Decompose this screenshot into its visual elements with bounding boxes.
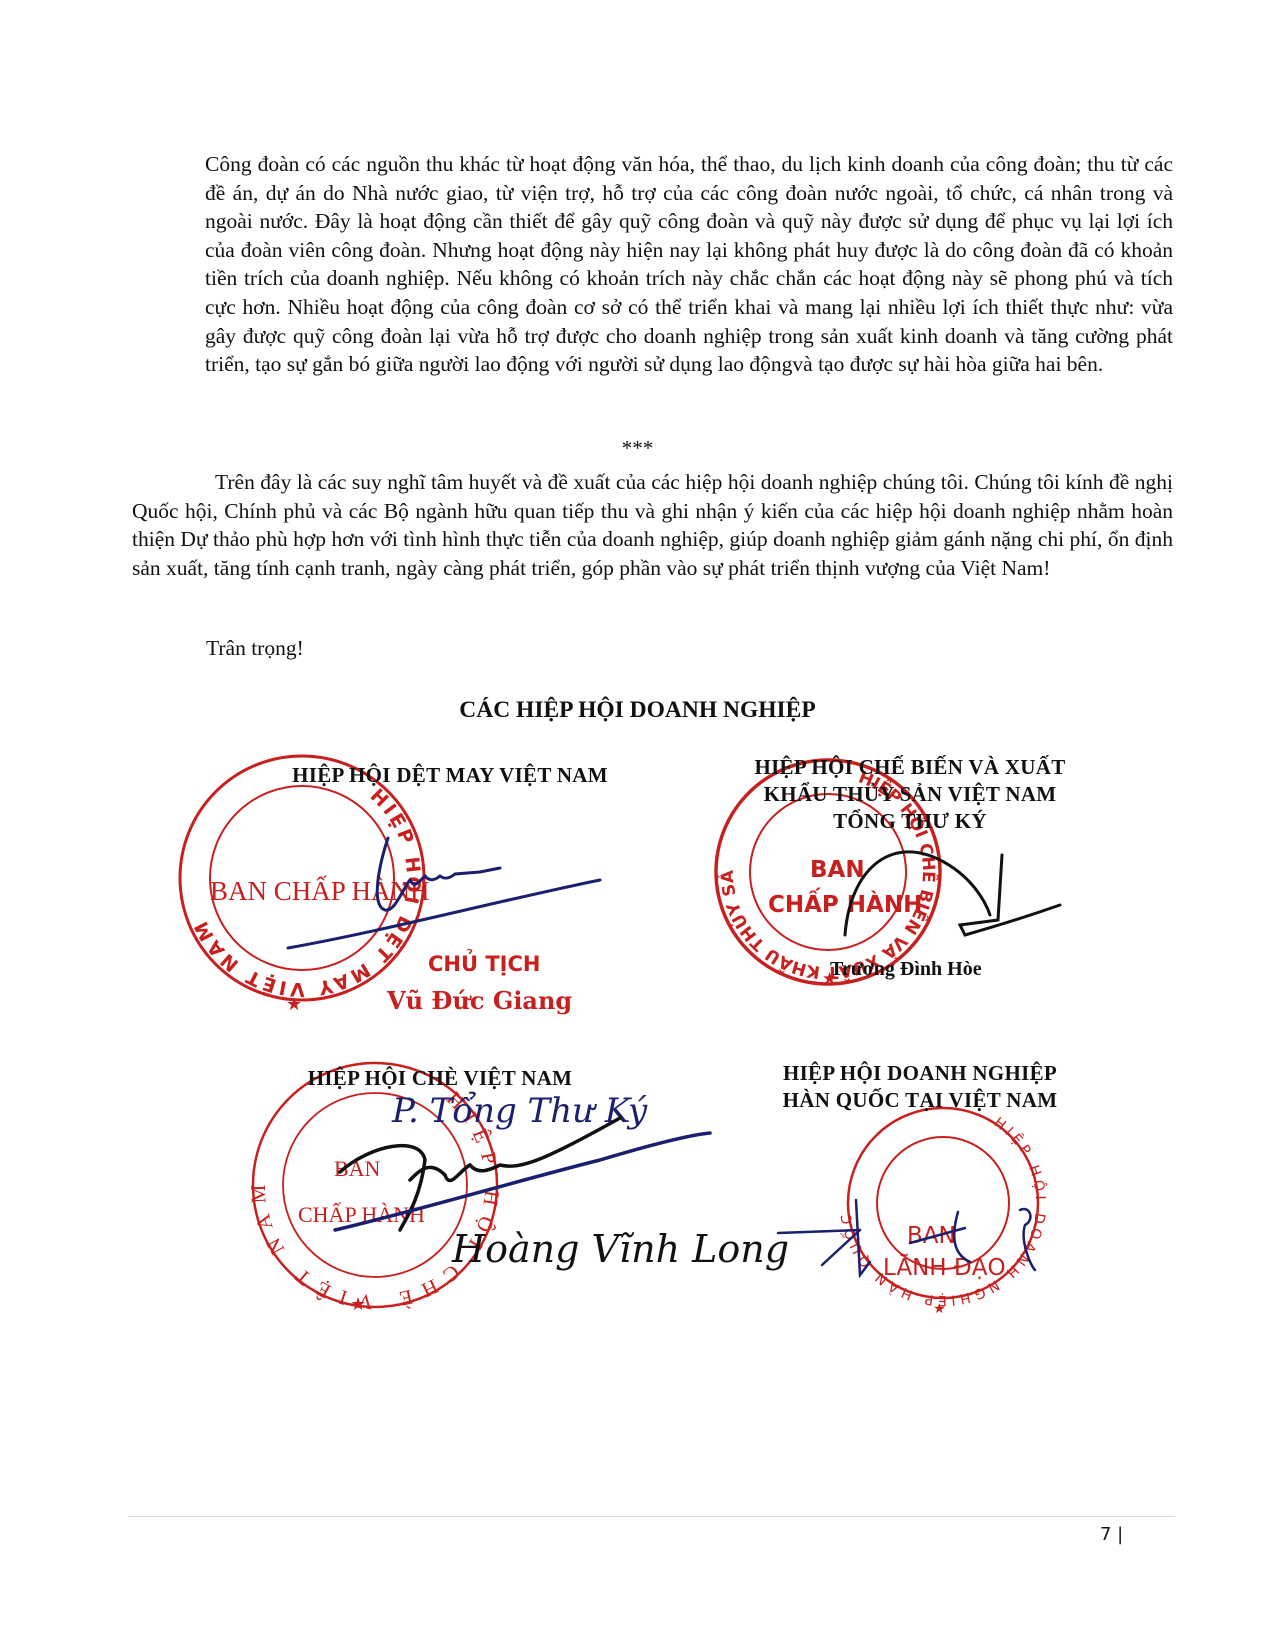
- stamp-tea-association: [253, 1063, 497, 1307]
- paragraph-conclusion: Trên đây là các suy nghĩ tâm huyết và đề…: [132, 468, 1173, 582]
- paragraph-other-revenue: Công đoàn có các nguồn thu khác từ hoạt …: [205, 150, 1173, 379]
- svg-text:HIỆP HỘI DỆT MAY VIỆT: HIỆP HỘI DỆT MAY VIỆT NAM: [189, 785, 426, 1001]
- signer-name-seafood: Trương Đình Hòe: [830, 958, 982, 981]
- star-icon: ★: [350, 1294, 366, 1314]
- stamp-ring-text: HIỆP HỘI CHÈ VIỆT NAM: [246, 1087, 505, 1315]
- signer-title-textile: CHỦ TỊCH: [428, 952, 540, 976]
- stamp-korean-business-association: [848, 1108, 1038, 1298]
- association-textile: HIỆP HỘI DỆT MAY VIỆT NAM: [240, 762, 660, 789]
- star-icon: ★: [933, 1301, 946, 1317]
- page-number: 7 |: [1100, 1524, 1123, 1545]
- footer-divider: [128, 1516, 1175, 1517]
- stamp-center-text: CHẤP HÀNH: [768, 887, 922, 918]
- section-separator: ***: [0, 436, 1275, 461]
- association-seafood: HIỆP HỘI CHẾ BIẾN VÀ XUẤT KHẨU THỦY SẢN …: [700, 754, 1120, 835]
- association-korean-line2: HÀN QUỐC TẠI VIỆT NAM: [730, 1087, 1110, 1114]
- stamp-ring-text: HIỆP HỘI DỆT MAY VIỆT NAM: [189, 785, 426, 1001]
- signer-title-seafood: TỔNG THƯ KÝ: [700, 808, 1120, 835]
- association-seafood-line1: HIỆP HỘI CHẾ BIẾN VÀ XUẤT: [700, 754, 1120, 781]
- stamp-center-text: BAN: [334, 1156, 381, 1181]
- signature-seafood: [845, 852, 1060, 935]
- stamp-center-text: BAN: [907, 1223, 956, 1249]
- stamp-textile-association: [180, 756, 424, 1000]
- closing-salutation: Trân trọng!: [206, 636, 304, 661]
- signatories-heading: CÁC HIỆP HỘI DOANH NGHIỆP: [0, 697, 1275, 724]
- association-seafood-line2: KHẨU THỦY SẢN VIỆT NAM: [700, 781, 1120, 808]
- signature-korean: [778, 1200, 1035, 1275]
- signer-name-textile: Vũ Đức Giang: [387, 986, 572, 1015]
- star-icon: ★: [286, 994, 302, 1015]
- handwritten-title: P. Tổng Thư Ký: [391, 1091, 648, 1131]
- stamp-center-text: LÃNH ĐẠO: [883, 1253, 1006, 1281]
- signature-tea: P. Tổng Thư Ký Hoàng Vĩnh Long: [391, 1091, 789, 1271]
- association-tea: HIỆP HỘI CHÈ VIỆT NAM: [240, 1065, 640, 1092]
- svg-text:HIỆP HỘI CHÈ VIỆT NAM: HIỆP HỘI CHÈ VIỆT NAM: [246, 1087, 505, 1315]
- stamp-center-text: BAN CHẤP HÀNH: [210, 875, 430, 906]
- association-korean: HIỆP HỘI DOANH NGHIỆP HÀN QUỐC TẠI VIỆT …: [730, 1060, 1110, 1114]
- handwritten-name: Hoàng Vĩnh Long: [451, 1227, 789, 1271]
- signature-textile: [288, 838, 600, 948]
- association-korean-line1: HIỆP HỘI DOANH NGHIỆP: [730, 1060, 1110, 1087]
- stamp-center-text: CHẤP HÀNH: [298, 1202, 425, 1227]
- stamp-center-text: BAN: [810, 857, 865, 883]
